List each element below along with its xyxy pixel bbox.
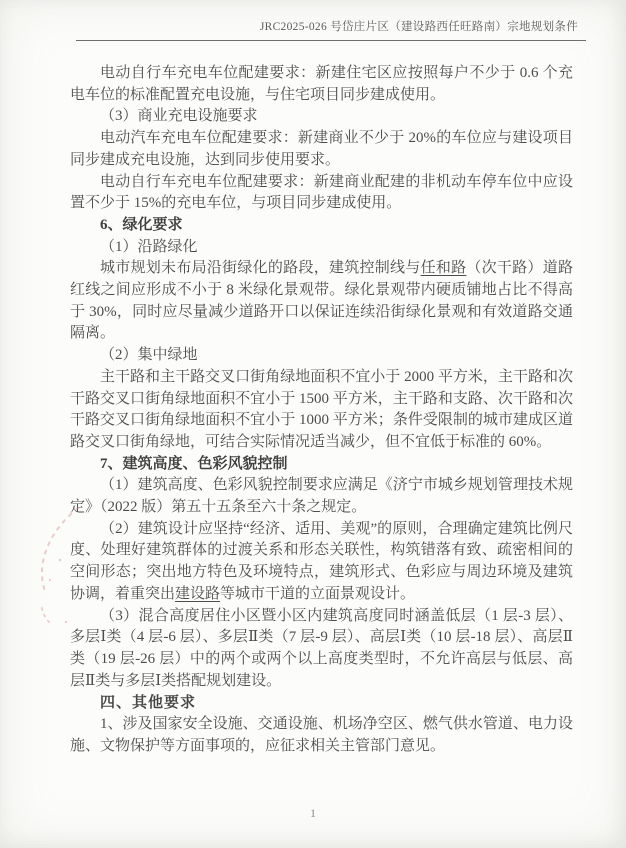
page-header: JRC2025-026 号岱庄片区（建设路西任旺路南）宗地规划条件 <box>76 20 586 41</box>
section-heading-other-requirements: 四、其他要求 <box>70 692 573 714</box>
text-run: 1、涉及国家安全设施、交通设施、机场净空区、燃气供水管道、电力设施、文物保护等方… <box>70 716 573 754</box>
paragraph-ebike-residential-charging: 电动自行车充电车位配建要求：新建住宅区应按照每户不少于 0.6 个充电车位的标准… <box>70 63 573 106</box>
page-number: 1 <box>310 806 316 820</box>
paragraph-architectural-design-principle: （2）建筑设计应坚持“经济、适用、美观”的原则，合理确定建筑比例尺度、处理好建筑… <box>70 519 573 606</box>
text-run: 等城市干道的立面景观设计。 <box>220 586 415 602</box>
text-run: （3）混合高度居住小区暨小区内建筑高度同时涵盖低层（1 层-3 层）、多层Ⅰ类（… <box>70 608 573 689</box>
text-run: 城市规划未布局沿街绿化的路段，建筑控制线与 <box>100 260 421 276</box>
header-title: JRC2025-026 号岱庄片区（建设路西任旺路南）宗地规划条件 <box>76 20 586 35</box>
document-page: JRC2025-026 号岱庄片区（建设路西任旺路南）宗地规划条件 电动自行车充… <box>0 0 626 848</box>
text-run: （3）商业充电设施要求 <box>100 108 258 124</box>
text-run: 主干路和主干路交叉口街角绿地面积不宜小于 2000 平方米，主干路和次干路交叉口… <box>70 369 573 450</box>
text-run: 电动自行车充电车位配建要求：新建商业配建的非机动车停车位中应设置不少于 15%的… <box>70 174 573 212</box>
paragraph-mixed-height-rule: （3）混合高度居住小区暨小区内建筑高度同时涵盖低层（1 层-3 层）、多层Ⅰ类（… <box>70 606 573 693</box>
text-run: （2）集中绿地 <box>100 347 198 363</box>
paragraph-concentrated-green-subheading: （2）集中绿地 <box>70 345 573 367</box>
underlined-road-name: 任和路 <box>421 260 467 276</box>
paragraph-height-color-requirement: （1）建筑高度、色彩风貌控制要求应满足《济宁市城乡规划管理技术规定》（2022 … <box>70 475 573 518</box>
paragraph-concentrated-green: 主干路和主干路交叉口街角绿地面积不宜小于 2000 平方米，主干路和次干路交叉口… <box>70 367 573 454</box>
text-run: 电动自行车充电车位配建要求：新建住宅区应按照每户不少于 0.6 个充电车位的标准… <box>70 65 573 103</box>
text-run: 四、其他要求 <box>100 694 196 711</box>
text-run: 7、建筑高度、色彩风貌控制 <box>100 456 288 472</box>
paragraph-consult-authorities: 1、涉及国家安全设施、交通设施、机场净空区、燃气供水管道、电力设施、文物保护等方… <box>70 714 573 757</box>
paragraph-ev-commercial-charging: 电动汽车充电车位配建要求：新建商业不少于 20%的车位应与建设项目同步建成充电设… <box>70 128 573 171</box>
paragraph-ebike-commercial-charging: 电动自行车充电车位配建要求：新建商业配建的非机动车停车位中应设置不少于 15%的… <box>70 172 573 215</box>
page-footer: 1 <box>0 806 626 821</box>
paragraph-roadside-greening: 城市规划未布局沿街绿化的路段，建筑控制线与任和路（次干路）道路红线之间应形成不小… <box>70 258 573 345</box>
section-heading-building-height: 7、建筑高度、色彩风貌控制 <box>70 454 573 476</box>
paragraph-roadside-greening-subheading: （1）沿路绿化 <box>70 237 573 259</box>
text-run: （1）沿路绿化 <box>100 239 198 255</box>
text-run: （1）建筑高度、色彩风貌控制要求应满足《济宁市城乡规划管理技术规定》（2022 … <box>70 477 573 515</box>
underlined-road-name: 建设路 <box>175 586 220 602</box>
text-run: 6、绿化要求 <box>100 217 183 233</box>
document-body: 电动自行车充电车位配建要求：新建住宅区应按照每户不少于 0.6 个充电车位的标准… <box>70 63 573 758</box>
text-run: 电动汽车充电车位配建要求：新建商业不少于 20%的车位应与建设项目同步建成充电设… <box>70 130 573 168</box>
section-heading-greening: 6、绿化要求 <box>70 215 573 237</box>
paragraph-commercial-charging-subheading: （3）商业充电设施要求 <box>70 106 573 128</box>
